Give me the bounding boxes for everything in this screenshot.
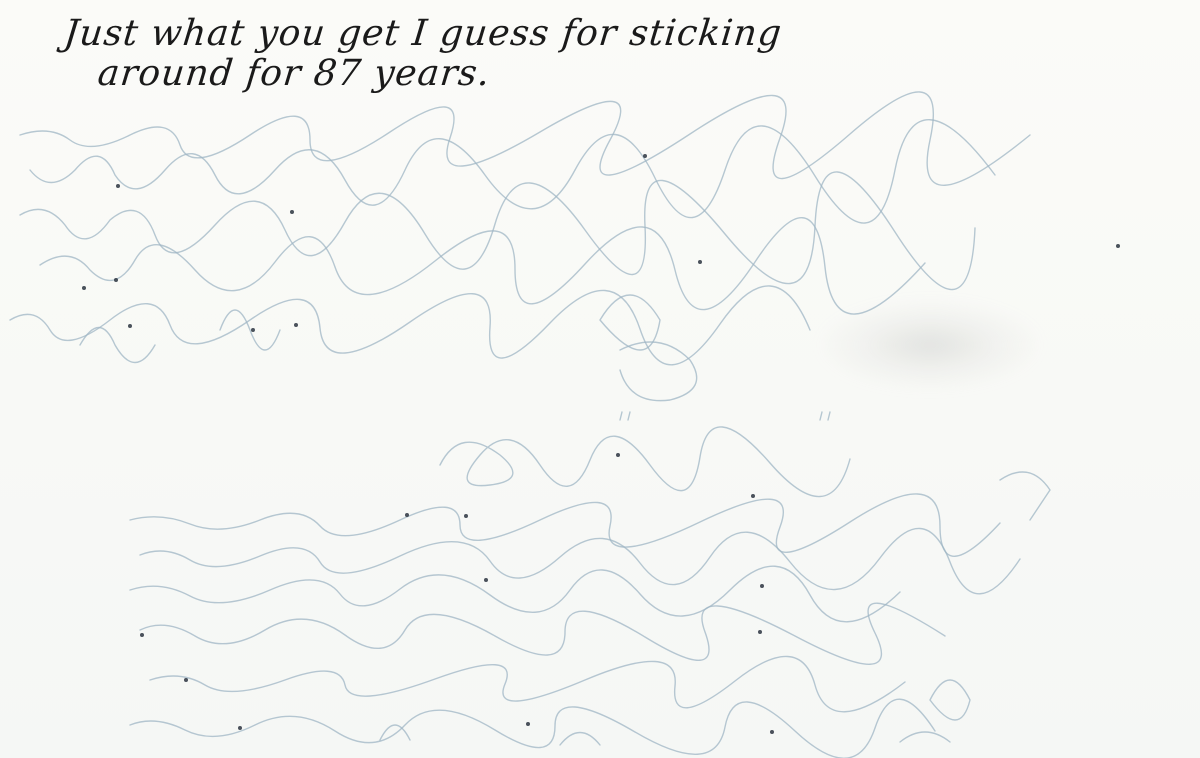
bleed-through-handwriting (0, 0, 1200, 758)
note-line-2: around for 87 years. (58, 54, 1182, 94)
handwritten-note: Just what you get I guess for sticking a… (58, 14, 1186, 94)
note-page: Just what you get I guess for sticking a… (0, 0, 1200, 758)
note-line-1: Just what you get I guess for sticking (62, 14, 1186, 54)
